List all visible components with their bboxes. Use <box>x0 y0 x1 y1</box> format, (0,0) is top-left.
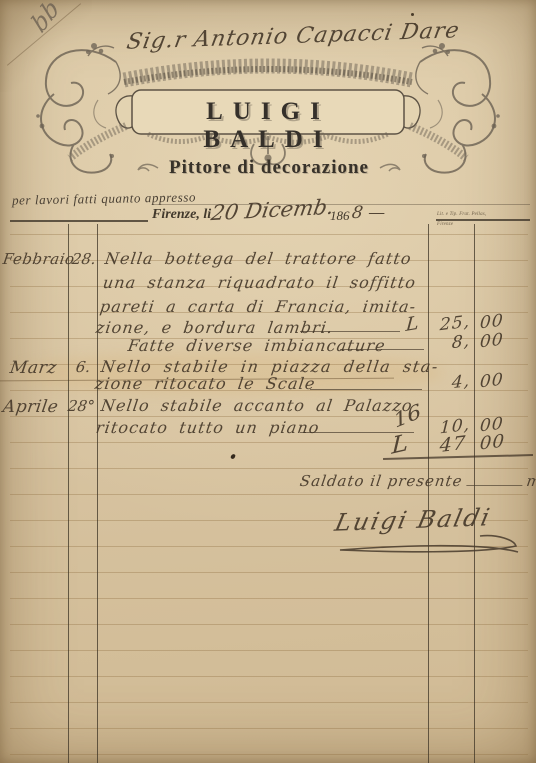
column-line-cent <box>474 224 475 763</box>
settled-dash <box>466 485 522 486</box>
ink-dash <box>310 389 422 390</box>
amount-cent: 00 <box>479 330 504 353</box>
ink-dash <box>300 331 400 332</box>
tagline-flourish-left <box>137 162 159 174</box>
column-line-day <box>97 224 98 763</box>
ink-dot-2 <box>414 23 416 25</box>
entry-day: 6. <box>75 358 92 376</box>
entry-month: Marz <box>9 358 58 378</box>
printer-imprint: Lit. e Tip. Frat. Pellas, Firenze <box>437 211 486 226</box>
signature-flourish <box>330 532 520 558</box>
amount-lire: 4, <box>437 371 471 395</box>
tagline: Pittore di decorazione <box>169 157 369 179</box>
entry-line: zione ritocato le Scale <box>94 374 317 393</box>
entry-line: pareti a carta di Francia, imita- <box>99 297 418 316</box>
intro-underline <box>152 204 530 205</box>
column-line-lire <box>428 224 429 763</box>
entry-month: Aprile <box>2 397 60 417</box>
total-lire: 47 <box>429 432 467 458</box>
entry-line: Nella bottega del trattore fatto <box>104 249 413 268</box>
business-name: LUIGI BALDI <box>132 98 404 154</box>
entry-month: Febbraio <box>2 250 76 268</box>
currency-symbol: L <box>405 312 420 336</box>
entry-day: 28° <box>67 397 96 415</box>
printer-imprint-wrap: Lit. e Tip. Frat. Pellas, Firenze <box>437 208 503 228</box>
tagline-flourish-right <box>379 162 401 174</box>
tagline-row: Pittore di decorazione <box>134 157 404 179</box>
settled-line: Saldato il presente me <box>299 472 536 490</box>
date-rule-left <box>10 220 148 222</box>
entry-day: 28. <box>71 250 97 268</box>
amount-lire: 8, <box>437 331 471 355</box>
entry-line: ritocato tutto un piano <box>95 418 321 437</box>
date-handwritten: 20 Dicemb. <box>209 195 335 225</box>
settled-text: Saldato il presente <box>299 472 464 490</box>
amount-cent: 00 <box>479 370 504 393</box>
settled-tail: me <box>525 472 536 490</box>
year-handwritten: 8 — <box>351 203 387 223</box>
total-currency-symbol: L <box>391 428 409 459</box>
entry-line: Nello stabile accanto al Palazzo <box>100 396 414 415</box>
entry-line: zione, e bordura lambri. <box>95 318 335 337</box>
entry-line: Fatte diverse imbiancature <box>127 336 387 355</box>
ink-dash <box>300 432 414 433</box>
total-cent: 00 <box>479 431 505 455</box>
intro-line: per lavori fatti quanto appresso <box>12 189 196 208</box>
invoice-document: bb Sig.r Antonio Capacci Dare <box>0 0 536 763</box>
ink-dot-1 <box>411 13 414 16</box>
entry-line: una stanza riquadrato il soffitto <box>102 273 418 292</box>
place-label: Firenze, li <box>152 207 211 223</box>
column-line-month <box>68 224 69 763</box>
year-printed: 186 <box>330 208 350 224</box>
ink-dash <box>340 349 424 350</box>
